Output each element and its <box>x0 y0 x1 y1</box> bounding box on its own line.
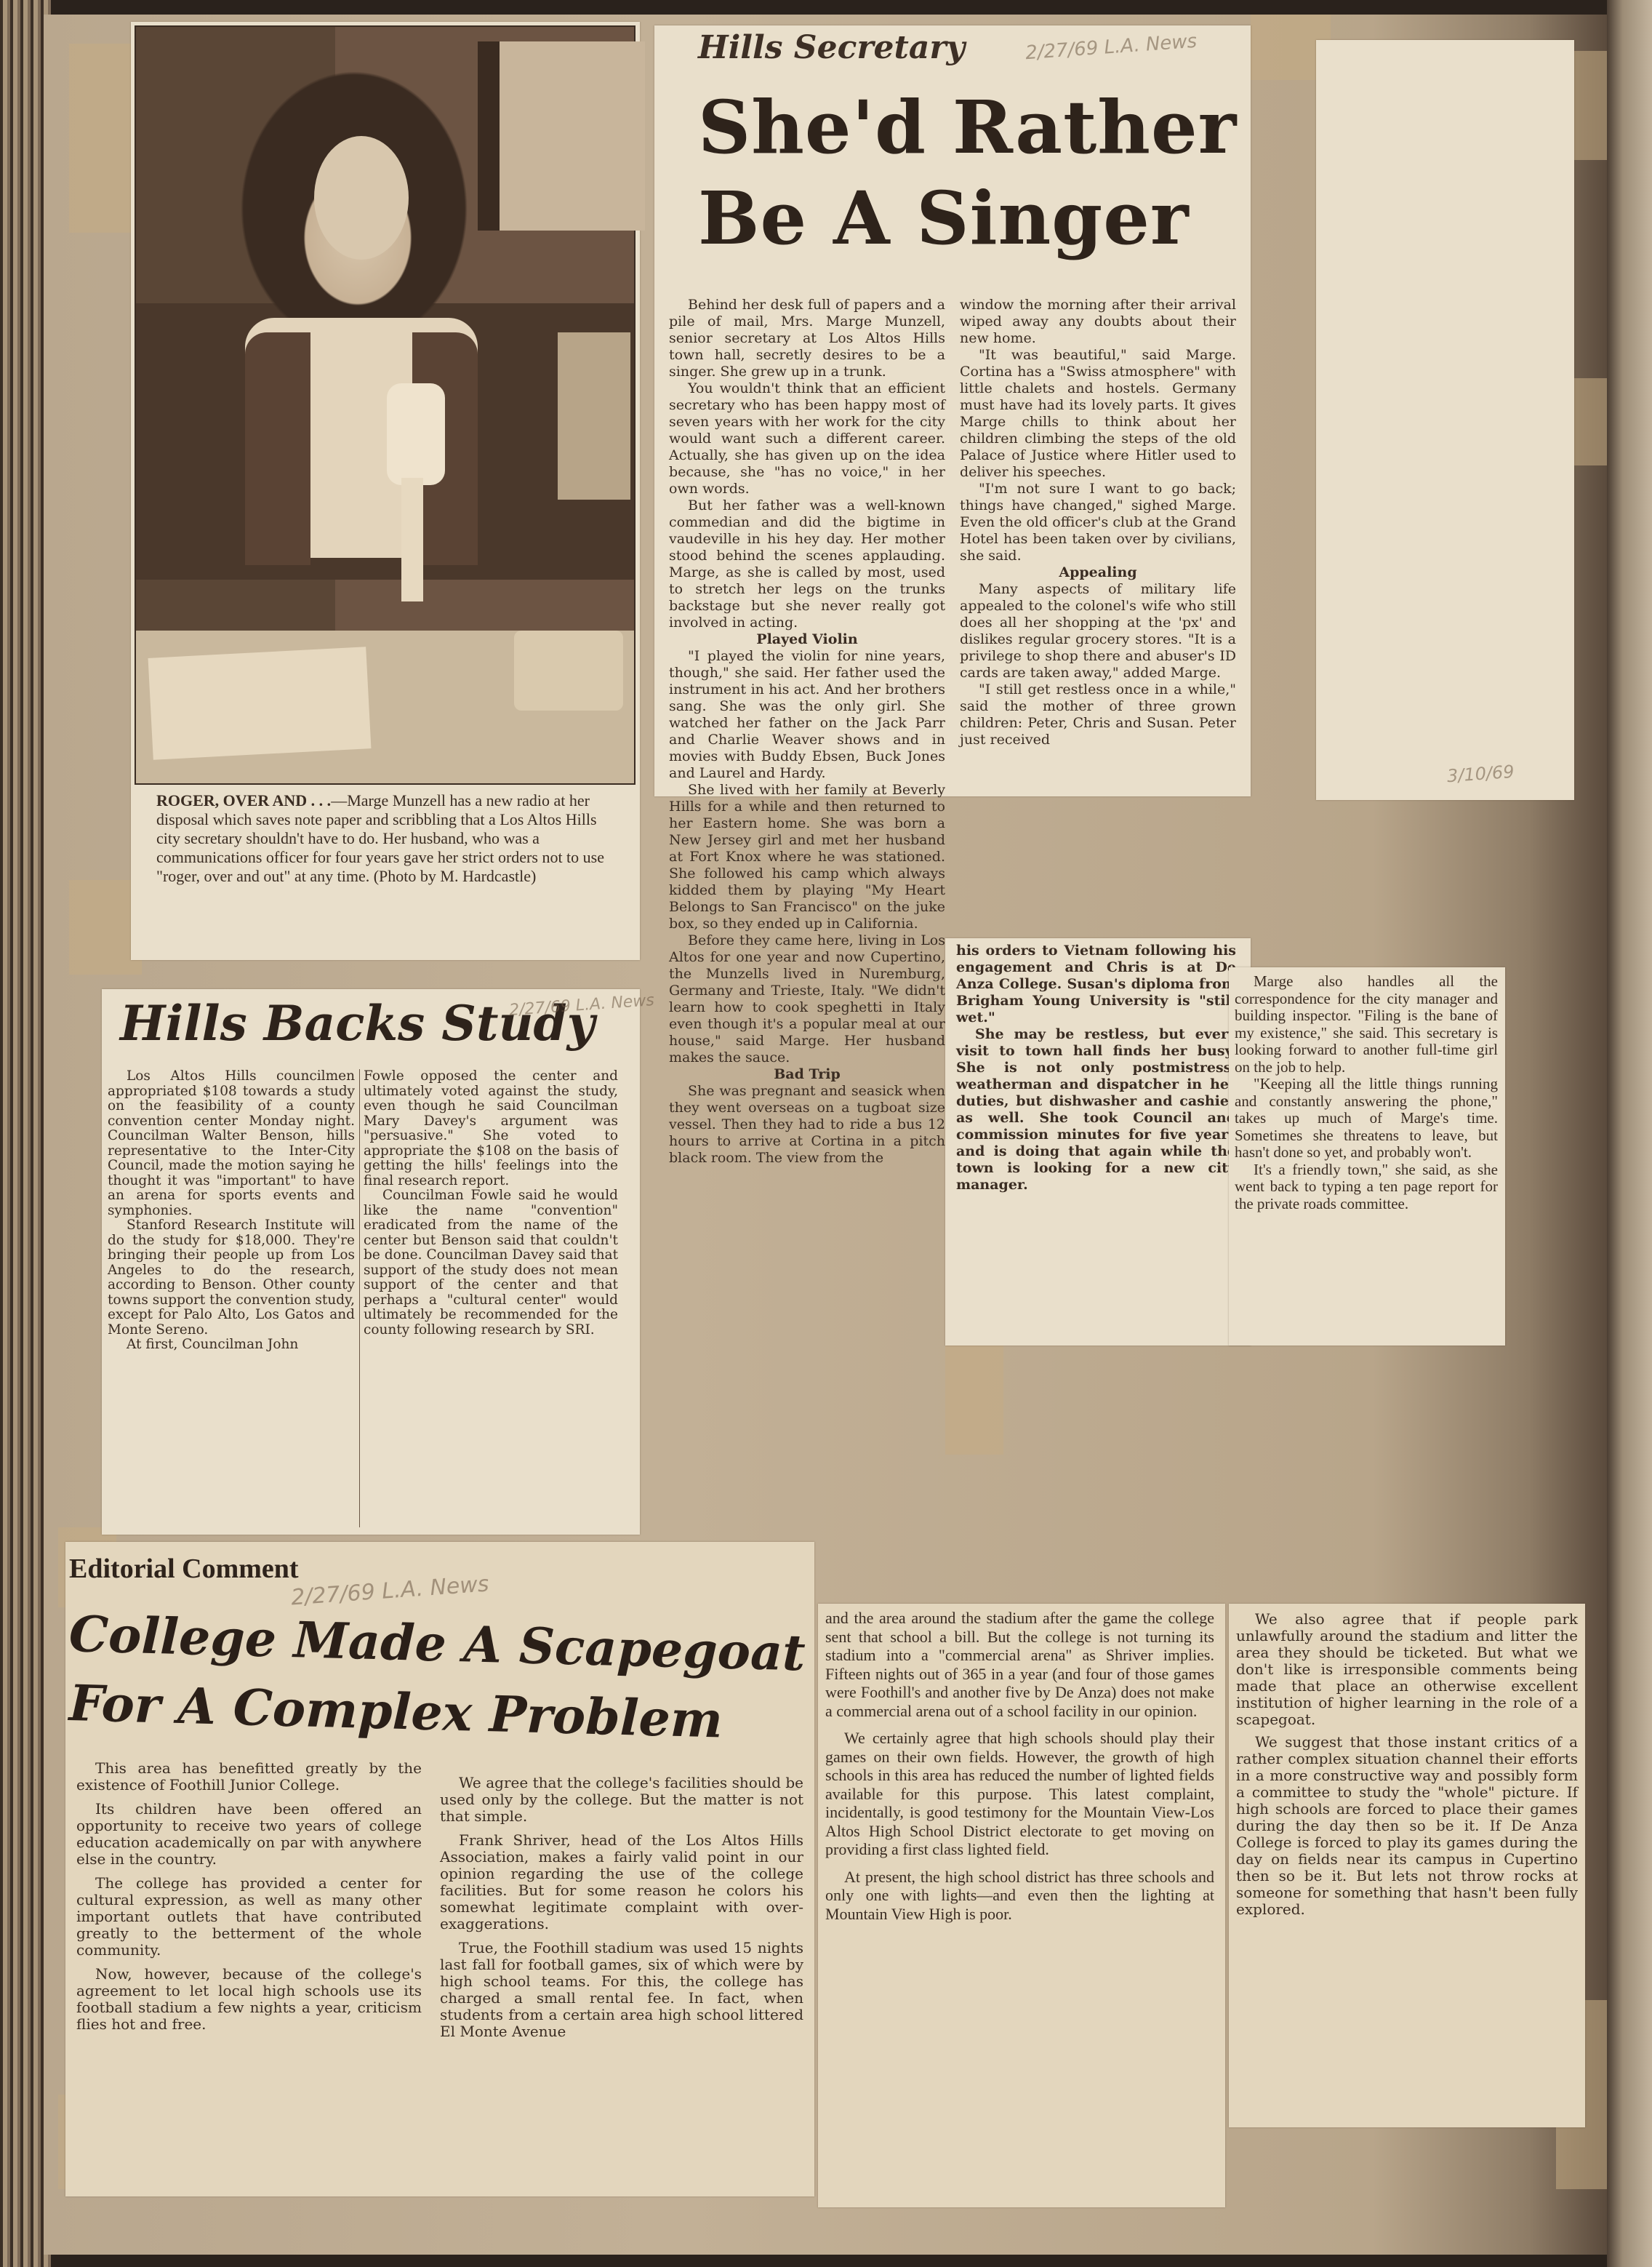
singer-column-2: window the morning after their arrival w… <box>960 297 1236 748</box>
photo-radio <box>514 631 623 711</box>
editorial-column-1: This area has benefitted greatly by the … <box>76 1760 422 2033</box>
paragraph: But her father was a well-known commedia… <box>669 497 945 631</box>
portrait-photo <box>135 25 635 785</box>
paragraph: Many aspects of military life appealed t… <box>960 581 1236 681</box>
singer-headline-2: Be A Singer <box>698 178 1190 258</box>
editorial-column-3: and the area around the stadium after th… <box>825 1609 1214 1923</box>
radio-microphone-icon <box>387 383 445 485</box>
photo-face <box>314 136 409 260</box>
paragraph: Fowle opposed the center and ultimately … <box>364 1069 618 1188</box>
paragraph: She may be restless, but every visit to … <box>956 1026 1236 1194</box>
singer-column-3: Marge also handles all the correspondenc… <box>1235 973 1498 1212</box>
tape-strip <box>69 44 135 233</box>
paragraph: Frank Shriver, head of the Los Altos Hil… <box>440 1832 803 1932</box>
paragraph: It's a friendly town," she said, as she … <box>1235 1162 1498 1213</box>
paragraph: The college has provided a center for cu… <box>76 1875 422 1959</box>
caption-lead: ROGER, OVER AND . . . <box>156 791 331 809</box>
paragraph: This area has benefitted greatly by the … <box>76 1760 422 1794</box>
microphone-stand <box>401 478 423 601</box>
paragraph: "I played the violin for nine years, tho… <box>669 648 945 782</box>
gardners-body <box>1323 198 1567 204</box>
study-column-1: Los Altos Hills councilmen appropriated … <box>108 1069 355 1353</box>
column-rule <box>359 1069 360 1527</box>
paragraph: "I still get restless once in a while," … <box>960 681 1236 748</box>
paragraph: True, the Foothill stadium was used 15 n… <box>440 1940 803 2040</box>
paragraph: "It was beautiful," said Marge. Cortina … <box>960 347 1236 481</box>
paragraph: window the morning after their arrival w… <box>960 297 1236 347</box>
paragraph: "Keeping all the little things running a… <box>1235 1076 1498 1162</box>
facing-page-edge <box>1607 0 1652 2267</box>
paragraph: Marge also handles all the correspondenc… <box>1235 973 1498 1076</box>
photo-window <box>478 41 645 231</box>
paragraph: Behind her desk full of papers and a pil… <box>669 297 945 380</box>
editorial-kicker: Editorial Comment <box>69 1553 299 1585</box>
paragraph: Councilman Fowle said he would like the … <box>364 1188 618 1338</box>
paragraph: We agree that the college's facilities s… <box>440 1775 803 1825</box>
subhead-appealing: Appealing <box>960 564 1236 581</box>
photo-caption: ROGER, OVER AND . . .—Marge Munzell has … <box>156 791 614 886</box>
singer-headline-1: She'd Rather <box>698 87 1237 167</box>
photo-papers <box>148 647 372 760</box>
study-column-2: Fowle opposed the center and ultimately … <box>364 1069 618 1338</box>
singer-column-2-continued: his orders to Vietnam following his enga… <box>956 943 1236 1194</box>
singer-kicker: Hills Secretary <box>698 29 965 66</box>
paragraph: Now, however, because of the college's a… <box>76 1966 422 2033</box>
paragraph: We also agree that if people park unlawf… <box>1236 1611 1578 1728</box>
subhead-played-violin: Played Violin <box>669 631 945 648</box>
editorial-column-2: We agree that the college's facilities s… <box>440 1775 803 2040</box>
editorial-column-4: We also agree that if people park unlawf… <box>1236 1611 1578 1918</box>
paragraph: Stanford Research Institute will do the … <box>108 1218 355 1338</box>
gardners-article-clipping <box>1316 40 1574 800</box>
paragraph: and the area around the stadium after th… <box>825 1609 1214 1720</box>
paragraph: At present, the high school district has… <box>825 1868 1214 1924</box>
paragraph: We suggest that those instant critics of… <box>1236 1734 1578 1918</box>
paragraph: You wouldn't think that an efficient sec… <box>669 380 945 497</box>
paragraph: At first, Councilman John <box>108 1338 355 1353</box>
paragraph: We certainly agree that high schools sho… <box>825 1729 1214 1859</box>
paragraph: Its children have been offered an opport… <box>76 1801 422 1868</box>
photo-calendar <box>558 332 630 500</box>
paragraph: "I'm not sure I want to go back; things … <box>960 481 1236 564</box>
singer-col1-continuation <box>654 800 945 1586</box>
paragraph: his orders to Vietnam following his enga… <box>956 943 1236 1026</box>
photo-vest <box>245 332 310 565</box>
paragraph: Los Altos Hills councilmen appropriated … <box>108 1069 355 1218</box>
